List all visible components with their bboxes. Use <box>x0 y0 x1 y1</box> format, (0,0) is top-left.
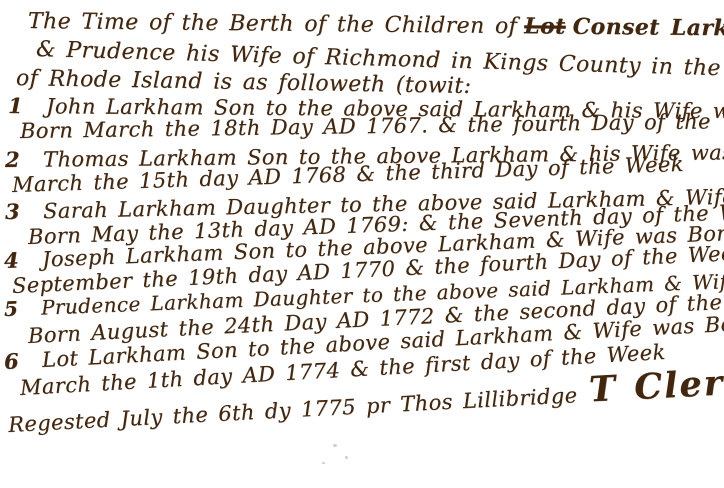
entry-number: 1 <box>8 93 23 118</box>
heading-line-1: The Time of the Berth of the Children of… <box>28 8 724 42</box>
father-name: Conset Larkham <box>573 14 724 42</box>
document-scan: The Time of the Berth of the Children of… <box>0 0 724 488</box>
scan-speckle <box>333 444 337 447</box>
scan-speckle <box>322 462 325 464</box>
entry-number: 2 <box>5 147 20 172</box>
struck-father-name: Lot <box>524 13 566 39</box>
entry-number: 5 <box>4 296 19 321</box>
heading-title-text: The Time of the Berth of the Children of <box>28 9 517 39</box>
entry-number: 6 <box>3 348 19 374</box>
entry-number: 3 <box>5 199 21 224</box>
entry-number: 4 <box>4 247 20 273</box>
clerk-signature: T Clerk <box>588 361 724 410</box>
scan-speckle <box>345 456 348 459</box>
